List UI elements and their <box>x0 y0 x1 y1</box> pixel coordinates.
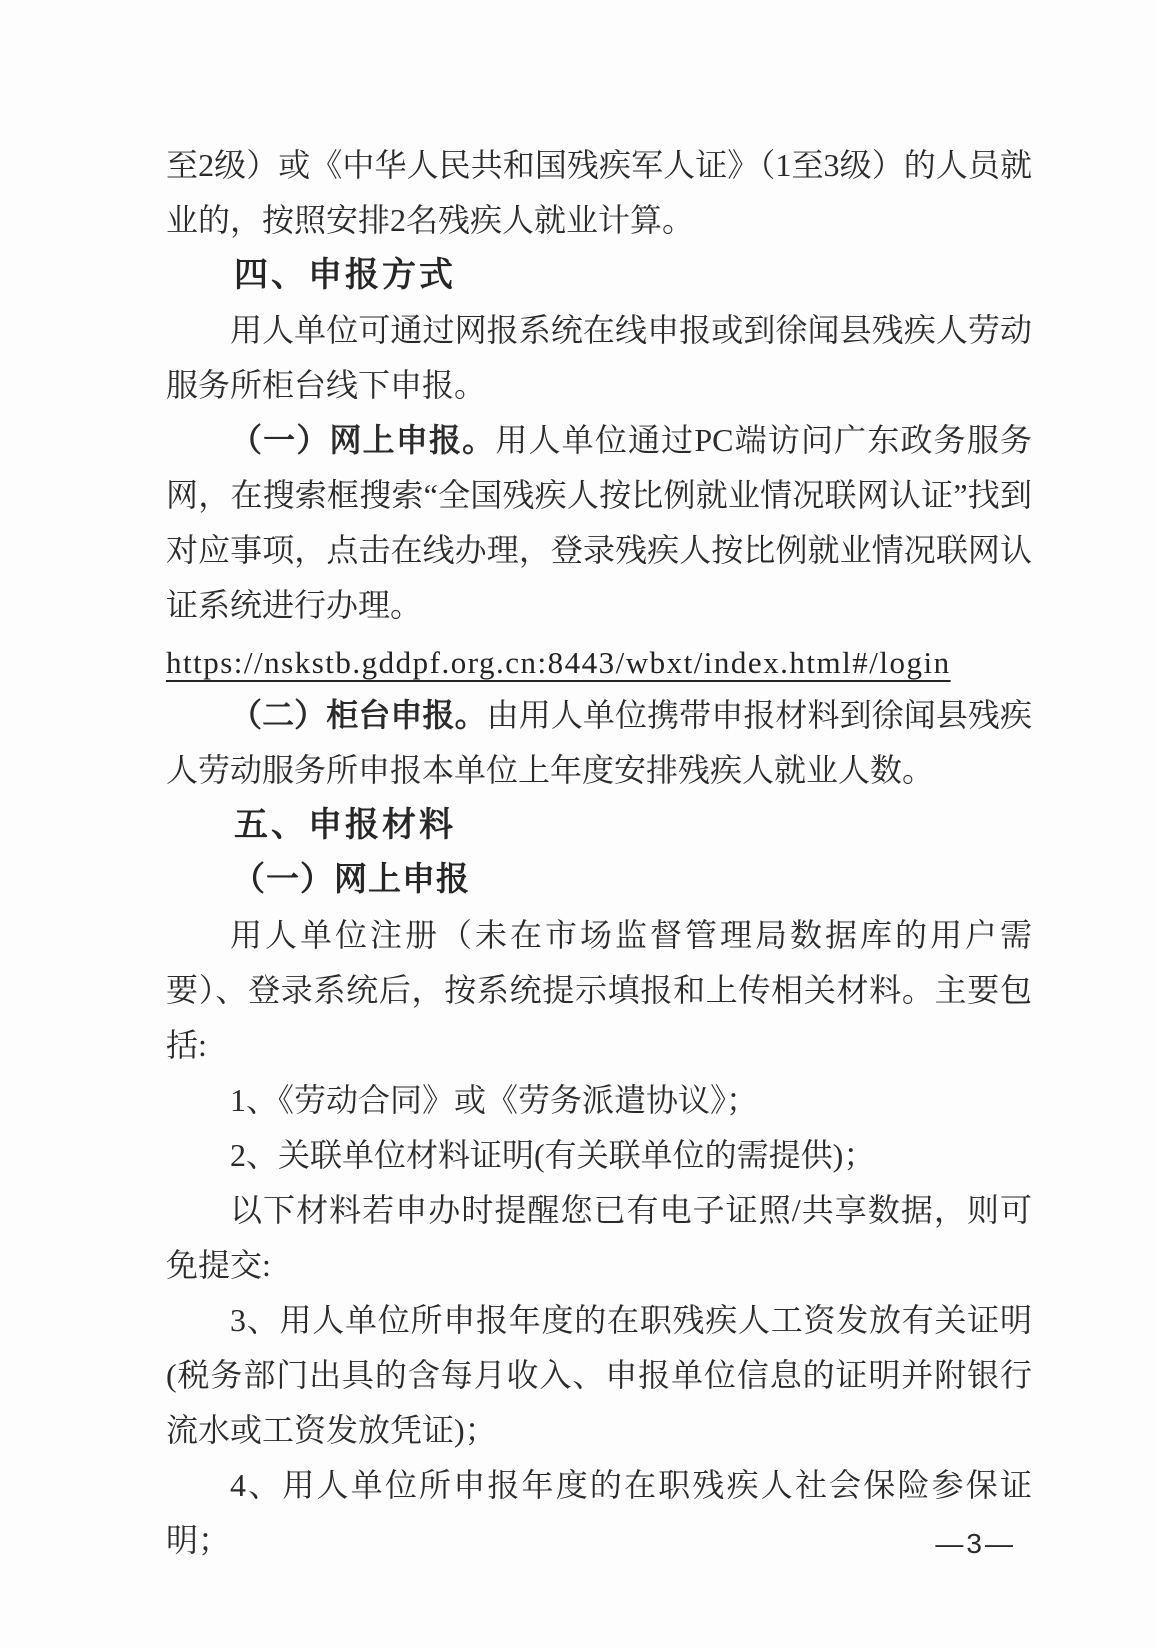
login-url-link[interactable]: https://nskstb.gddpf.org.cn:8443/wbxt/in… <box>166 637 1032 688</box>
continuation-paragraph: 至2级）或《中华人民共和国残疾军人证》（1至3级）的人员就业的，按照安排2名残疾… <box>166 138 1032 248</box>
scanned-document-page: 至2级）或《中华人民共和国残疾军人证》（1至3级）的人员就业的，按照安排2名残疾… <box>0 0 1156 1648</box>
heading-section-5: 五、申报材料 <box>166 798 1032 853</box>
paragraph-online-declaration: （一）网上申报。用人单位通过PC端访问广东政务服务网，在搜索框搜索“全国残疾人按… <box>166 413 1032 633</box>
paragraph-registration: 用人单位注册（未在市场监督管理局数据库的用户需要）、登录系统后，按系统提示填报和… <box>166 908 1032 1073</box>
material-list-item-3: 3、用人单位所申报年度的在职残疾人工资发放有关证明(税务部门出具的含每月收入、申… <box>166 1293 1032 1458</box>
material-list-item-1: 1、《劳动合同》或《劳务派遣协议》； <box>166 1073 1032 1128</box>
material-list-item-4: 4、用人单位所申报年度的在职残疾人社会保险参保证明； <box>166 1458 1032 1568</box>
page-number: —3— <box>935 1528 1016 1560</box>
subheading-online-materials: （一）网上申报 <box>166 853 1032 908</box>
counter-declaration-lead: （二）柜台申报。 <box>230 697 487 733</box>
document-text-block: 至2级）或《中华人民共和国残疾军人证》（1至3级）的人员就业的，按照安排2名残疾… <box>166 138 1032 1568</box>
material-list-item-2: 2、关联单位材料证明(有关联单位的需提供)； <box>166 1128 1032 1183</box>
paragraph-declaration-channels: 用人单位可通过网报系统在线申报或到徐闻县残疾人劳动服务所柜台线下申报。 <box>166 303 1032 413</box>
paragraph-exemption-note: 以下材料若申办时提醒您已有电子证照/共享数据，则可免提交: <box>166 1183 1032 1293</box>
heading-section-4: 四、申报方式 <box>166 248 1032 303</box>
paragraph-counter-declaration: （二）柜台申报。由用人单位携带申报材料到徐闻县残疾人劳动服务所申报本单位上年度安… <box>166 688 1032 798</box>
online-declaration-lead: （一）网上申报。 <box>230 422 495 458</box>
